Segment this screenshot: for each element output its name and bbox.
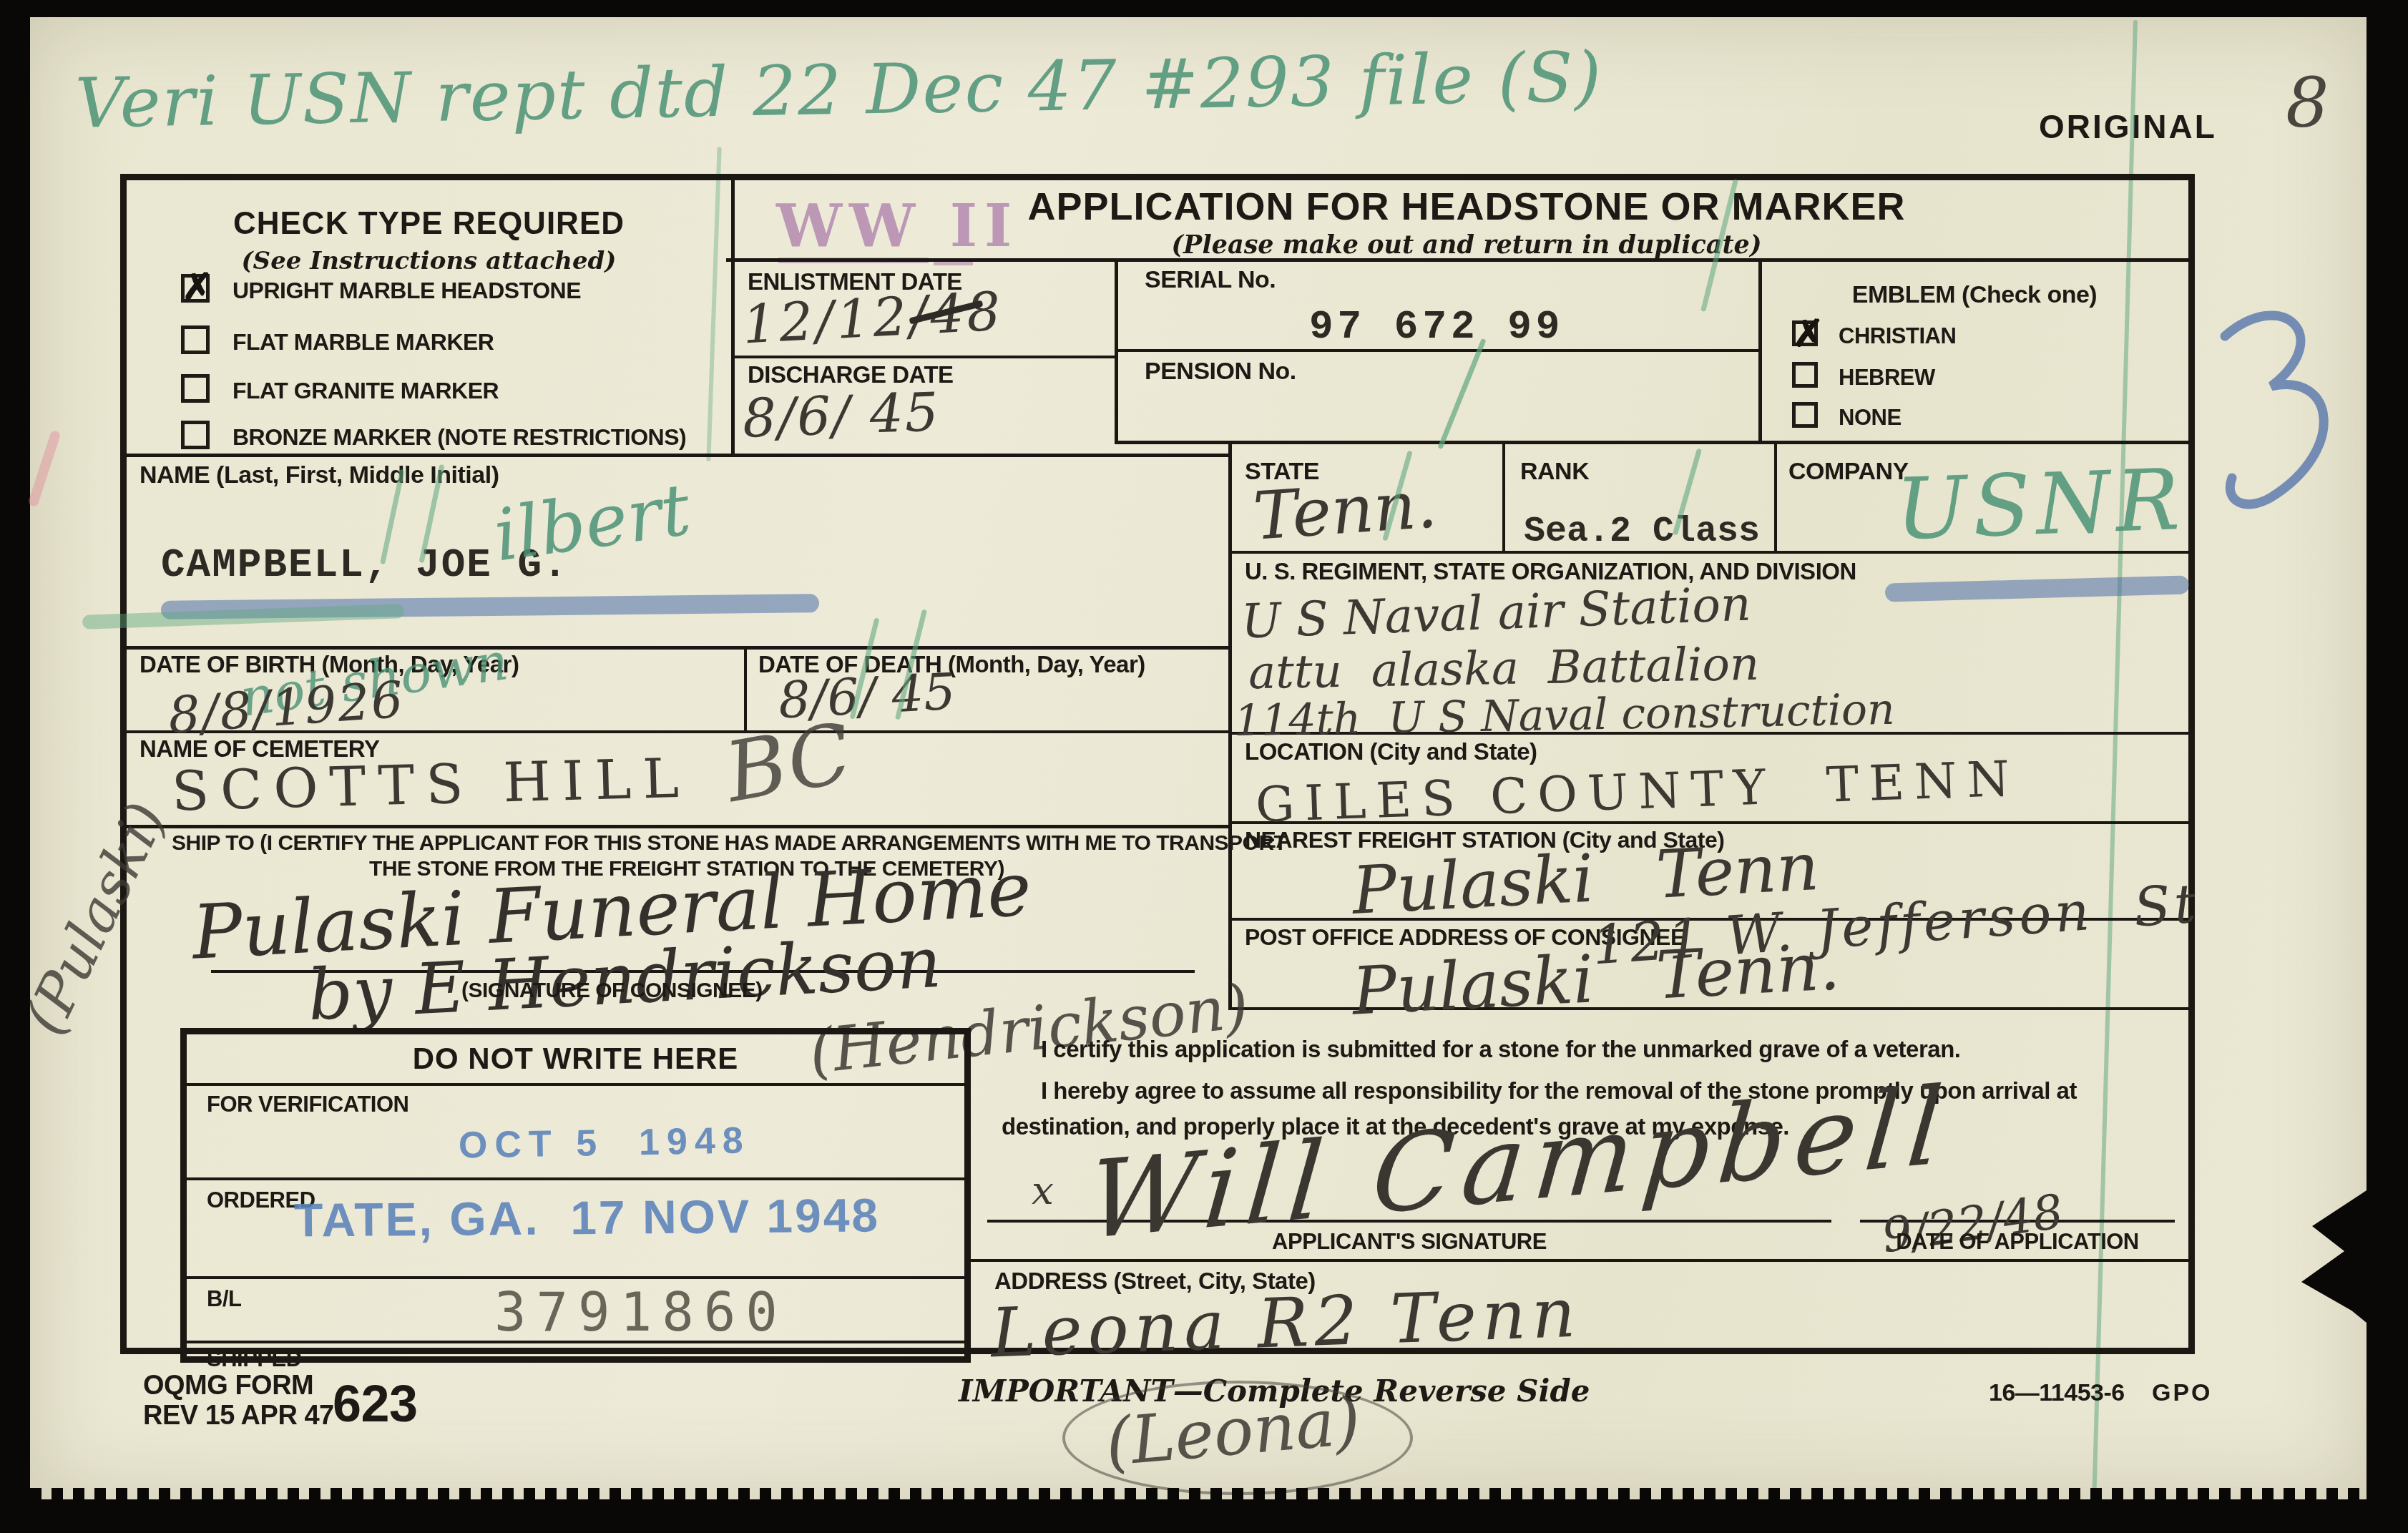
checkbox-label-flat-marble: FLAT MARBLE MARKER — [233, 329, 494, 356]
signature-of-consignee-label: (SIGNATURE OF CONSIGNEE) — [461, 979, 763, 1003]
regiment-label: U. S. REGIMENT, STATE ORGANIZATION, AND … — [1245, 558, 1856, 585]
checkbox-label-none: NONE — [1839, 405, 1902, 431]
checkbox-hebrew — [1792, 362, 1818, 388]
ww2-stamp: WW II — [776, 192, 1019, 260]
ordered-date-stamp: TATE, GA. 17 NOV 1948 — [294, 1187, 881, 1247]
form-number: 623 — [333, 1375, 418, 1434]
form-name: OQMG FORM — [143, 1371, 313, 1401]
state-value: Tenn. — [1251, 466, 1439, 555]
corner-pencil-mark: 8 — [2286, 64, 2329, 143]
form-subtitle: (Please make out and return in duplicate… — [1002, 230, 1932, 260]
check-type-subtitle: (See Instructions attached) — [127, 247, 731, 275]
do-not-write-title: DO NOT WRITE HERE — [187, 1042, 964, 1076]
check-type-title: CHECK TYPE REQUIRED — [127, 206, 731, 242]
location-label: LOCATION (City and State) — [1245, 738, 1537, 765]
name-label: NAME (Last, First, Middle Initial) — [140, 461, 499, 489]
for-verification-label: FOR VERIFICATION — [207, 1092, 408, 1117]
shipped-label: SHIPPED — [207, 1346, 302, 1372]
serial-no-value: 97 672 99 — [1309, 304, 1564, 350]
company-value: USNR — [1894, 450, 2187, 559]
verification-date-stamp: OCT 5 1948 — [459, 1119, 751, 1167]
date-of-application-label: DATE OF APPLICATION — [1860, 1229, 2175, 1255]
company-label: COMPANY — [1788, 458, 1909, 486]
checkbox-upright-marble: ✗ — [181, 274, 210, 303]
checkbox-christian: ✗ — [1792, 320, 1818, 346]
emblem-label: EMBLEM (Check one) — [1774, 281, 2175, 309]
applicant-signature-label: APPLICANT'S SIGNATURE — [987, 1229, 1831, 1255]
rank-label: RANK — [1520, 458, 1589, 486]
original-stamp: ORIGINAL — [2039, 107, 2217, 146]
form-revision: REV 15 APR 47 — [143, 1401, 334, 1431]
cemetery-value: SCOTTS HILL — [171, 746, 691, 823]
bl-label: B/L — [207, 1286, 241, 1312]
do-not-write-box: DO NOT WRITE HERE FOR VERIFICATION OCT 5… — [180, 1028, 971, 1363]
certification-paragraph-1: I certify this application is submitted … — [1041, 1036, 2186, 1063]
applicant-x-mark: x — [1032, 1167, 1054, 1213]
rank-value: Sea.2 Class — [1524, 511, 1760, 552]
checkbox-flat-marble — [181, 325, 210, 354]
checkbox-bronze — [181, 421, 210, 449]
gpo-label: GPO — [2152, 1379, 2213, 1407]
print-code: 16—11453-6 — [1989, 1379, 2125, 1407]
checkbox-label-christian: CHRISTIAN — [1839, 323, 1956, 349]
pension-no-label: PENSION No. — [1145, 358, 1296, 386]
checkbox-label-hebrew: HEBREW — [1839, 365, 1935, 391]
discharge-date-value: 8/6/ 45 — [742, 381, 941, 450]
checkbox-x-mark: ✗ — [182, 266, 213, 309]
blue-pencil-scribble — [2203, 293, 2354, 529]
bl-number-stamp: 3791860 — [494, 1282, 788, 1343]
ship-to-label-line1: SHIP TO (I CERTIFY THE APPLICANT FOR THI… — [172, 831, 1202, 856]
checkbox-label-flat-granite: FLAT GRANITE MARKER — [233, 378, 499, 404]
checkbox-label-bronze: BRONZE MARKER (NOTE RESTRICTIONS) — [233, 424, 686, 451]
checkbox-none — [1792, 402, 1818, 428]
checkbox-flat-granite — [181, 374, 210, 403]
perforated-bottom-edge — [30, 1488, 2367, 1501]
checkbox-label-upright-marble: UPRIGHT MARBLE HEADSTONE — [233, 278, 581, 304]
form-title: APPLICATION FOR HEADSTONE OR MARKER — [1002, 185, 1932, 229]
serial-no-label: SERIAL No. — [1145, 266, 1276, 294]
checkbox-x-mark: ✗ — [1793, 313, 1824, 356]
